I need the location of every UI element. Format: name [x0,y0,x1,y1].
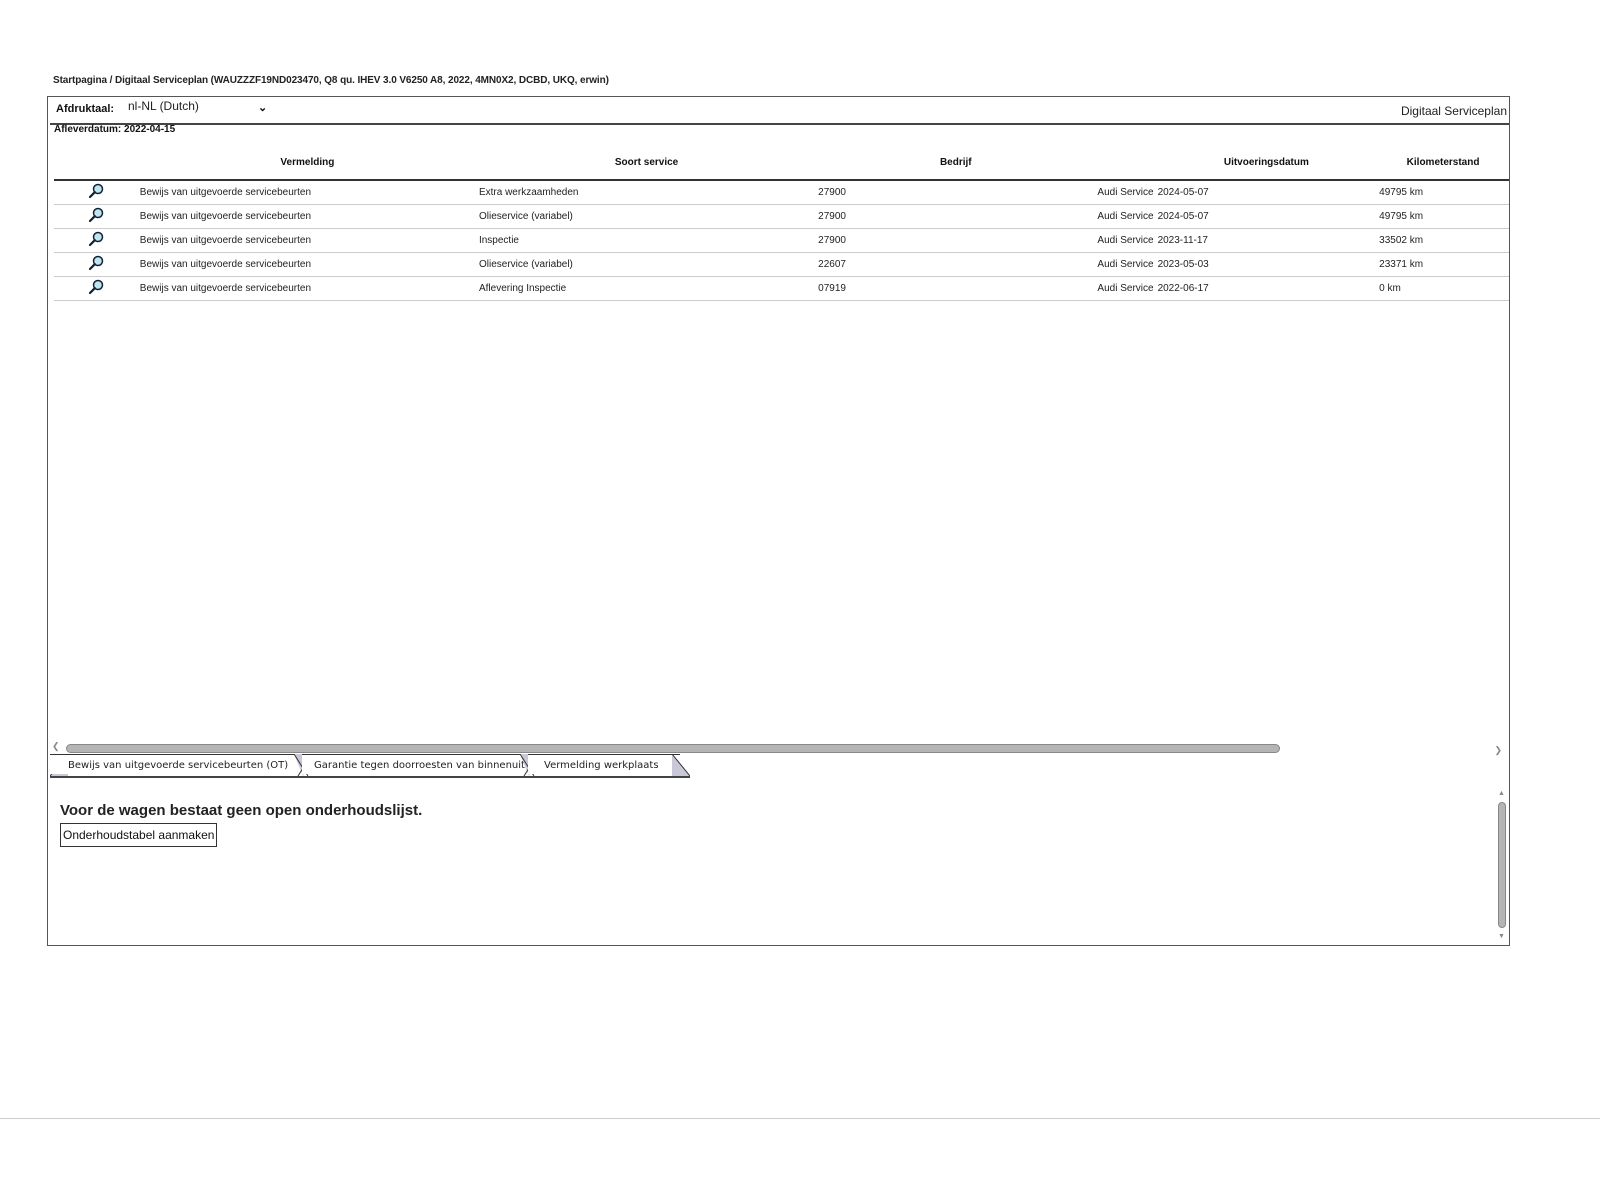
chevron-down-icon[interactable]: ⌄ [258,101,267,114]
cell-bedrijf-code: 07919 [816,277,1095,301]
no-maintenance-list-message: Voor de wagen bestaat geen open onderhou… [60,802,422,819]
cell-soort-service: Olieservice (variabel) [477,205,816,229]
cell-soort-service: Olieservice (variabel) [477,253,816,277]
scroll-up-icon[interactable]: ▲ [1498,790,1505,797]
vertical-scrollbar[interactable]: ▲ ▼ [1497,790,1507,940]
column-header-vermelding[interactable]: Vermelding [138,145,477,180]
cell-soort-service: Extra werkzaamheden [477,180,816,205]
table-row[interactable]: Bewijs van uitgevoerde servicebeurtenOli… [54,205,1509,229]
cell-kilometerstand: 49795 km [1377,180,1509,205]
page-divider [0,1118,1600,1119]
panel-toolbar: Afdruktaal: nl-NL (Dutch) ⌄ Digitaal Ser… [50,97,1509,125]
cell-kilometerstand: 33502 km [1377,229,1509,253]
scroll-right-icon[interactable]: ❯ [1494,745,1502,756]
table-row[interactable]: Bewijs van uitgevoerde servicebeurtenOli… [54,253,1509,277]
cell-vermelding: Bewijs van uitgevoerde servicebeurten [138,229,477,253]
magnifier-icon[interactable] [88,287,104,298]
column-header-bedrijf[interactable]: Bedrijf [816,145,1095,180]
cell-uitvoeringsdatum: 2024-05-07 [1156,180,1378,205]
tab-vermelding-werkplaats[interactable]: Vermelding werkplaats [528,754,680,774]
create-maintenance-table-button[interactable]: Onderhoudstabel aanmaken [60,823,217,847]
tab-bewijs-servicebeurten[interactable]: Bewijs van uitgevoerde servicebeurten (O… [50,754,298,774]
cell-kilometerstand: 49795 km [1377,205,1509,229]
horizontal-scroll-thumb[interactable] [66,744,1280,753]
print-language-label: Afdruktaal: [56,103,114,115]
vertical-scroll-thumb[interactable] [1498,802,1506,928]
cell-soort-service: Inspectie [477,229,816,253]
delivery-date: Afleverdatum: 2022-04-15 [54,124,175,135]
cell-bedrijf-name: Audi Service [1095,180,1155,205]
cell-uitvoeringsdatum: 2023-05-03 [1156,253,1378,277]
cell-bedrijf-code: 27900 [816,205,1095,229]
print-language-value: nl-NL (Dutch) [128,99,199,113]
cell-soort-service: Aflevering Inspectie [477,277,816,301]
magnifier-icon[interactable] [88,263,104,274]
cell-vermelding: Bewijs van uitgevoerde servicebeurten [138,253,477,277]
cell-bedrijf-code: 27900 [816,229,1095,253]
cell-bedrijf-code: 22607 [816,253,1095,277]
magnifier-icon[interactable] [88,191,104,202]
cell-bedrijf-name: Audi Service [1095,229,1155,253]
column-header-soort-service[interactable]: Soort service [477,145,816,180]
cell-uitvoeringsdatum: 2023-11-17 [1156,229,1378,253]
cell-vermelding: Bewijs van uitgevoerde servicebeurten [138,180,477,205]
tab-edge-icon [672,754,690,776]
cell-uitvoeringsdatum: 2022-06-17 [1156,277,1378,301]
tab-garantie-doorroesten[interactable]: Garantie tegen doorroesten van binnenuit [302,754,524,774]
magnifier-icon[interactable] [88,239,104,250]
table-row[interactable]: Bewijs van uitgevoerde servicebeurtenIns… [54,229,1509,253]
column-header-uitvoeringsdatum[interactable]: Uitvoeringsdatum [1156,145,1378,180]
cell-bedrijf-name: Audi Service [1095,205,1155,229]
service-history-table: Vermelding Soort service Bedrijf Uitvoer… [54,145,1509,301]
app-title: Digitaal Serviceplan [1401,104,1507,118]
column-header-kilometerstand[interactable]: Kilometerstand [1377,145,1509,180]
magnifier-icon[interactable] [88,215,104,226]
tab-bar: Bewijs van uitgevoerde servicebeurten (O… [50,754,690,778]
breadcrumb[interactable]: Startpagina / Digitaal Serviceplan (WAUZ… [53,75,609,86]
table-row[interactable]: Bewijs van uitgevoerde servicebeurtenAfl… [54,277,1509,301]
cell-bedrijf-name: Audi Service [1095,253,1155,277]
cell-uitvoeringsdatum: 2024-05-07 [1156,205,1378,229]
cell-kilometerstand: 23371 km [1377,253,1509,277]
cell-kilometerstand: 0 km [1377,277,1509,301]
horizontal-scrollbar[interactable]: ❮ ❯ [52,742,1502,754]
icon-column-header [54,145,138,180]
cell-vermelding: Bewijs van uitgevoerde servicebeurten [138,277,477,301]
scroll-down-icon[interactable]: ▼ [1498,933,1505,940]
table-row[interactable]: Bewijs van uitgevoerde servicebeurtenExt… [54,180,1509,205]
scroll-left-icon[interactable]: ❮ [52,741,60,752]
column-header-bedrijf-name [1095,145,1155,180]
cell-vermelding: Bewijs van uitgevoerde servicebeurten [138,205,477,229]
cell-bedrijf-code: 27900 [816,180,1095,205]
cell-bedrijf-name: Audi Service [1095,277,1155,301]
service-plan-panel: Afdruktaal: nl-NL (Dutch) ⌄ Digitaal Ser… [47,96,1510,946]
